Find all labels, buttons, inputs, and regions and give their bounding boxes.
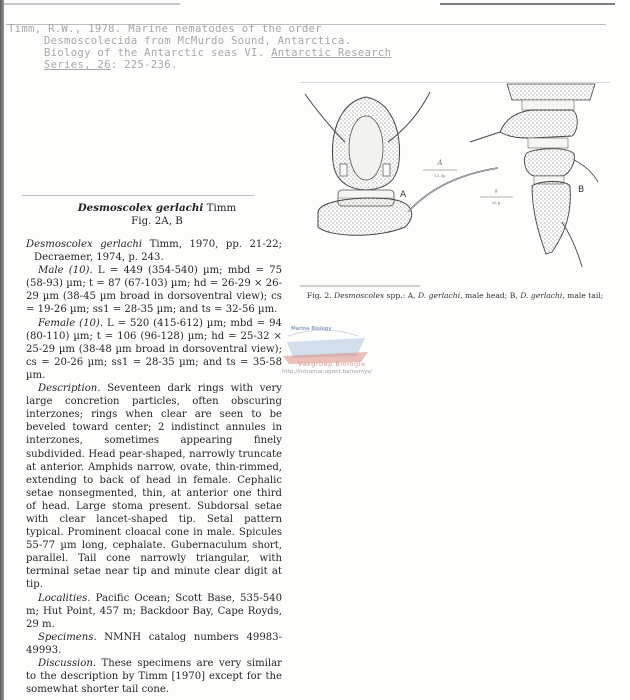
synonymy-name: Desmoscolex gerlachi	[26, 239, 142, 250]
figure-caption: Fig. 2. Desmoscolex spp.: A, D. gerlachi…	[307, 291, 627, 300]
localities-label: Localities.	[38, 593, 91, 604]
section-rule	[22, 195, 254, 196]
species-name: Desmoscolex gerlachi	[78, 202, 204, 214]
citation-line-3-plain: Biology of the Antarctic seas VI.	[44, 47, 271, 59]
male-paragraph: Male (10). L = 449 (354-540) µm; mbd = 7…	[26, 264, 282, 316]
caption-prefix: Fig. 2.	[307, 291, 334, 300]
citation-line-4: Series, 26: 225-236.	[8, 59, 468, 71]
caption-species-2: D. gerlachi,	[520, 291, 565, 300]
caption-genus: Desmoscolex	[334, 291, 384, 300]
figure-label-a: A	[400, 190, 407, 200]
localities-paragraph: Localities. Pacific Ocean; Scott Base, 5…	[26, 592, 282, 631]
figure-label-b: B	[578, 185, 584, 195]
citation-series: Series, 26	[44, 59, 111, 71]
specimens-paragraph: Specimens. NMNH catalog numbers 49983-49…	[26, 631, 282, 657]
caption-species-1: D. gerlachi,	[418, 291, 463, 300]
species-heading: Desmoscolex gerlachi Timm Fig. 2A, B	[22, 202, 292, 228]
scan-edge	[0, 0, 4, 700]
description-text: Seventeen dark rings with very large con…	[26, 383, 282, 590]
figure-2-illustration: A A 12.5µ 9 20 µ B	[300, 82, 620, 287]
scale-bar-b: 9 20 µ	[480, 189, 513, 205]
species-author: Timm	[203, 202, 236, 214]
top-rule	[4, 3, 180, 5]
citation-line-1: Timm, R.W., 1978. Marine nematodes of th…	[8, 23, 322, 35]
scale-bar-a: A 12.5µ	[423, 159, 457, 178]
description-label: Description.	[38, 383, 101, 394]
svg-text:A: A	[436, 159, 442, 167]
top-rule-right	[440, 3, 615, 5]
caption-text-2: male head; B,	[463, 291, 521, 300]
citation-pages: : 225-236.	[111, 59, 178, 71]
female-label: Female (10).	[38, 318, 103, 329]
figure-a-head	[305, 92, 498, 235]
watermark-name: Vakgroep Biologie	[298, 360, 366, 368]
male-label: Male (10).	[38, 265, 93, 276]
discussion-label: Discussion.	[38, 658, 96, 669]
species-title: Desmoscolex gerlachi Timm	[22, 202, 292, 215]
watermark-top-text: Marine Biology	[291, 327, 331, 332]
description-paragraph: Description. Seventeen dark rings with v…	[26, 382, 282, 592]
discussion-paragraph: Discussion. These specimens are very sim…	[26, 657, 282, 696]
species-description: Desmoscolex gerlachi Timm, 1970, pp. 21-…	[26, 238, 282, 696]
figure-reference: Fig. 2A, B	[22, 215, 292, 228]
citation-journal: Antarctic Research	[271, 47, 391, 59]
watermark-url: http://intramar.ugent.be/nemys/	[282, 369, 372, 375]
svg-text:12.5µ: 12.5µ	[434, 173, 446, 178]
svg-text:9: 9	[495, 189, 498, 195]
caption-text-3: male tail;	[565, 291, 603, 300]
figure-b-tail	[470, 84, 598, 267]
citation-line-3: Biology of the Antarctic seas VI. Antarc…	[8, 47, 468, 59]
citation-block: Timm, R.W., 1978. Marine nematodes of th…	[8, 23, 468, 71]
nematode-drawing: A A 12.5µ 9 20 µ B	[300, 82, 620, 287]
caption-text-1: spp.: A,	[384, 291, 418, 300]
female-paragraph: Female (10). L = 520 (415-612) µm; mbd =…	[26, 317, 282, 382]
svg-text:20 µ: 20 µ	[492, 200, 501, 205]
synonymy-paragraph: Desmoscolex gerlachi Timm, 1970, pp. 21-…	[26, 238, 282, 264]
citation-line-2: Desmoscolecida from McMurdo Sound, Antar…	[8, 35, 468, 47]
specimens-label: Specimens.	[38, 632, 97, 643]
